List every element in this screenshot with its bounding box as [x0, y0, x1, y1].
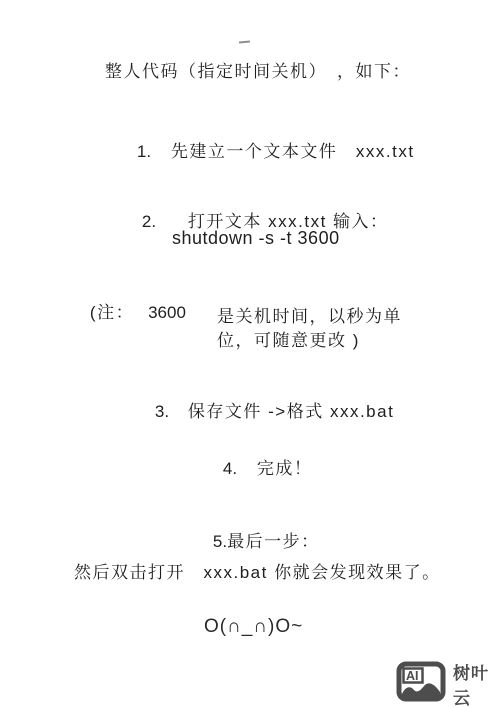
- step-4-number: 4.: [223, 458, 257, 480]
- step-3-number: 3.: [155, 401, 188, 423]
- step-4: 4.完成！: [204, 436, 312, 502]
- step-4-text: 完成！: [257, 459, 313, 478]
- note-continuation-1: 是关机时间，以秒为单: [217, 306, 402, 328]
- shutdown-command: shutdown -s -t 3600: [172, 227, 340, 249]
- watermark-brand-text: 树叶云: [453, 659, 500, 708]
- final-instruction: 然后双击打开 xxx.bat 你就会发现效果了。: [74, 562, 441, 584]
- emoticon-line: O(∩_∩)O~: [204, 616, 303, 638]
- step-3-text: 保存文件 ->格式 xxx.bat: [188, 402, 394, 421]
- step-5-text: 最后一步：: [227, 532, 320, 551]
- page-fold-mark: [239, 41, 250, 44]
- note-line: (注：3600: [71, 280, 186, 346]
- note-prefix: (注：: [90, 303, 134, 322]
- document-page: 整人代码（指定时间关机） ，如下： 1.先建立一个文本文件 xxx.txt 2.…: [0, 0, 500, 708]
- watermark: AI 树叶云: [396, 659, 500, 708]
- step-1-number: 1.: [137, 141, 171, 163]
- step-5-number: 5.: [213, 531, 227, 553]
- svg-text:AI: AI: [406, 669, 419, 683]
- ai-image-icon: AI: [396, 661, 446, 707]
- step-1: 1.先建立一个文本文件 xxx.txt: [118, 119, 415, 185]
- step-1-text: 先建立一个文本文件 xxx.txt: [171, 142, 415, 161]
- note-value: 3600: [148, 303, 186, 322]
- note-continuation-2: 位，可随意更改 ): [217, 330, 360, 352]
- page-title: 整人代码（指定时间关机） ，如下：: [105, 61, 411, 83]
